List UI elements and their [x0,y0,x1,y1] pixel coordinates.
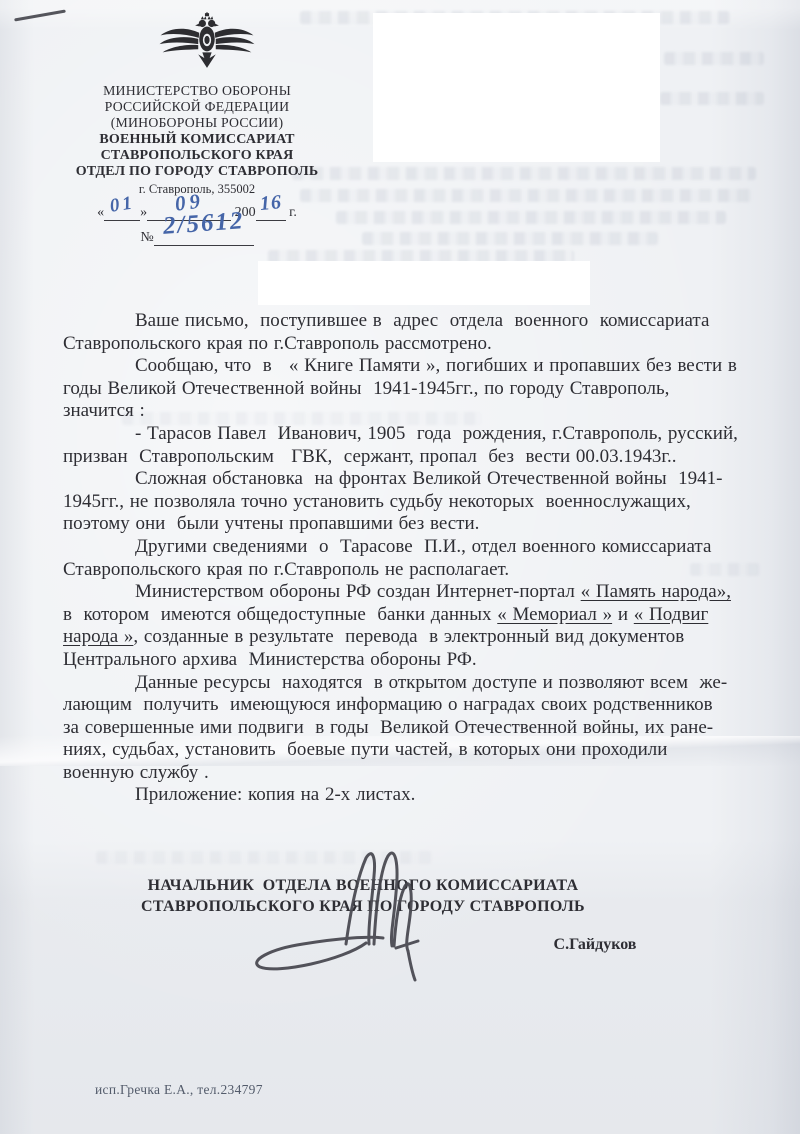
handwritten-year: 16 [259,191,283,216]
body-line: народа », созданные в результате перевод… [63,626,753,649]
body-line: Министерством обороны РФ создан Интернет… [63,581,753,604]
handwritten-signature [248,848,428,993]
body-line: Другими сведениями о Тарасове П.И., отде… [63,536,753,559]
letterhead-line: РОССИЙСКОЙ ФЕДЕРАЦИИ [57,99,337,115]
bleed-through-artifact [336,211,726,224]
body-line: ниях, судьбах, установить боевые пути ча… [63,739,753,762]
body-text-segment: Министерством обороны РФ создан Интернет… [135,581,581,602]
body-text-segment: Приложение: копия на 2-х листах. [135,784,415,805]
handwritten-number: 2/5612 [162,207,245,241]
redaction-box-top-right [373,13,660,162]
body-text-segment: Сложная обстановка на фронтах Великой От… [135,468,722,489]
body-text-segment: Ставропольского края по г.Ставрополь рас… [63,333,492,354]
body-line: Ставропольского края по г.Ставрополь не … [63,559,753,582]
body-text-segment: поэтому они были учтены пропавшими без в… [63,513,479,534]
number-blank: 2/5612 [154,217,254,246]
underlined-portal-name: « Подвиг [634,604,709,625]
underlined-portal-name: народа » [63,626,133,647]
bleed-through-artifact [362,232,658,245]
letterhead-bold-lines: ВОЕННЫЙ КОМИССАРИАТСТАВРОПОЛЬСКОГО КРАЯО… [57,132,337,181]
body-text-segment: военную службу . [63,762,209,783]
body-text-segment: Ставропольского края по г.Ставрополь не … [63,559,509,580]
bleed-through-artifact [300,189,752,202]
scan-line-artifact [14,10,66,22]
body-text-segment: ниях, судьбах, установить боевые пути ча… [63,739,667,760]
letterhead: МИНИСТЕРСТВО ОБОРОНЫРОССИЙСКОЙ ФЕДЕРАЦИИ… [57,83,337,197]
body-line: в котором имеются общедоступные банки да… [63,604,753,627]
bleed-through-artifact [660,92,764,105]
underlined-portal-name: « Память народа», [581,581,731,602]
letterhead-line: МИНИСТЕРСТВО ОБОРОНЫ [57,83,337,99]
body-text-segment: - Тарасов Павел Иванович, 1905 года рожд… [135,423,738,444]
body-line: за совершенные ими подвиги в годы Велико… [63,717,753,740]
underlined-portal-name: « Мемориал » [497,604,612,625]
body-line: лающим получить имеющуюся информацию о н… [63,694,753,717]
body-text-segment: годы Великой Отечественной войны 1941-19… [63,378,669,399]
body-line: Сообщаю, что в « Книге Памяти », погибши… [63,355,753,378]
scanned-letter-page: МИНИСТЕРСТВО ОБОРОНЫРОССИЙСКОЙ ФЕДЕРАЦИИ… [0,0,800,1134]
body-line: 1945гг., не позволяла точно установить с… [63,491,753,514]
body-text: Ваше письмо, поступившее в адрес отдела … [63,310,753,807]
redaction-box-recipient [258,261,590,305]
body-line: Сложная обстановка на фронтах Великой От… [63,468,753,491]
executor-footer: исп.Гречка Е.А., тел.234797 [95,1082,263,1098]
body-text-segment: лающим получить имеющуюся информацию о н… [63,694,713,715]
signature-name: С.Гайдуков [540,936,650,954]
body-line: Центрального архива Министерства обороны… [63,649,753,672]
letterhead-lines: МИНИСТЕРСТВО ОБОРОНЫРОССИЙСКОЙ ФЕДЕРАЦИИ… [57,83,337,132]
body-line: призван Ставропольским ГВК, сержант, про… [63,446,753,469]
body-text-segment: Другими сведениями о Тарасове П.И., отде… [135,536,711,557]
handwritten-day: 01 [108,192,136,218]
body-line: Данные ресурсы находятся в открытом дост… [63,672,753,695]
body-line: - Тарасов Павел Иванович, 1905 года рожд… [63,423,753,446]
body-line: Приложение: копия на 2-х листах. [63,784,753,807]
body-line: военную службу . [63,762,753,785]
body-text-segment: за совершенные ими подвиги в годы Велико… [63,717,713,738]
body-line: Ставропольского края по г.Ставрополь рас… [63,333,753,356]
letterhead-line: ВОЕННЫЙ КОМИССАРИАТ [57,132,337,148]
body-text-segment: призван Ставропольским ГВК, сержант, про… [63,446,677,467]
body-text-segment: значится : [63,400,145,421]
body-line: Ваше письмо, поступившее в адрес отдела … [63,310,753,333]
letterhead-line: (МИНОБОРОНЫ РОССИИ) [57,115,337,131]
letterhead-line: СТАВРОПОЛЬСКОГО КРАЯ [57,148,337,164]
body-text-segment: Ваше письмо, поступившее в адрес отдела … [135,310,709,331]
body-text-segment: Сообщаю, что в « Книге Памяти », погибши… [135,355,737,376]
letterhead-line: ОТДЕЛ ПО ГОРОДУ СТАВРОПОЛЬ [57,164,337,180]
number-line: №2/5612 [57,217,337,246]
body-text-segment: в котором имеются общедоступные банки да… [63,604,497,625]
number-label: № [140,230,153,245]
body-text-segment: 1945гг., не позволяла точно установить с… [63,491,691,512]
bleed-through-artifact [664,52,764,65]
bleed-through-artifact [292,167,756,180]
body-text-segment: и [612,604,634,625]
body-text-segment: Центрального архива Министерства обороны… [63,649,477,670]
body-line: поэтому они были учтены пропавшими без в… [63,513,753,536]
body-line: значится : [63,400,753,423]
double-headed-eagle-icon [158,12,256,70]
body-line: годы Великой Отечественной войны 1941-19… [63,378,753,401]
body-text-segment: Данные ресурсы находятся в открытом дост… [135,672,727,693]
body-text-segment: , созданные в результате перевода в элек… [133,626,684,647]
